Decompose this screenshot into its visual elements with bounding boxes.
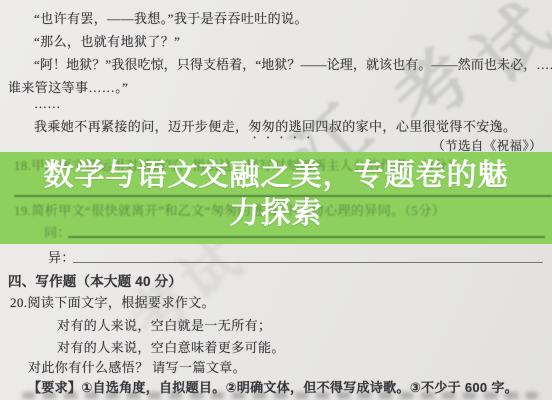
exam-paper-photo: 江 考 试 考试 “也许有罢，——我想。”我于是吞吞吐吐的说。 “那么，也就有地…: [0, 0, 552, 400]
title-banner-overlay: 18.甲乙两文都运用对话描写，指出这一描写对刻画两主人公的作用。（4分） 19.…: [0, 152, 552, 244]
question-20: 20.阅读下面文字，根据要求作文。: [10, 292, 215, 311]
quote-line-2: 对有的人来说，空白意味着更多可能。: [57, 337, 285, 356]
same-answer-line: [68, 236, 545, 238]
diff-answer-line: [73, 262, 543, 263]
passage-line-5: ……: [34, 96, 61, 112]
passage-line-1: “也许有罢，——我想。”我于是吞吞吐吐的说。: [34, 8, 308, 27]
section-heading-writing: 四、写作题（本大题 40 分）: [8, 270, 182, 290]
essay-prompt: 对此你有什么感悟？ 请写一篇文章。: [28, 357, 246, 376]
diff-label: 异：: [48, 247, 75, 266]
quote-line-1: 对有的人来说，空白就是一无所有；: [57, 315, 271, 334]
passage-line-2: “那么，也就有地狱了？”: [34, 31, 180, 50]
cutoff-text-blur: [22, 392, 538, 399]
passage-line-6-post: 四叔的家中，心里很觉得不安逸。: [315, 119, 516, 134]
banner-title-line-1: 数学与语文交融之美，专题卷的魅: [0, 157, 552, 195]
passage-line-3: “阿！地狱？”我很吃惊，只得支梧着，“地狱？——论理，就该也有。——然而也未必，…: [34, 54, 552, 73]
passage-line-4: 谁来管这等事……。”: [8, 77, 128, 96]
passage-line-6-emphasized: 匆匆的逃回: [248, 119, 315, 134]
banner-title-line-2: 力探索: [0, 195, 552, 233]
banner-title: 数学与语文交融之美，专题卷的魅 力探索: [0, 157, 552, 233]
watermark-char-shi: 试: [448, 0, 552, 103]
passage-line-6-pre: 我乘她不再紧接的问，迈开步便走，: [34, 119, 248, 134]
